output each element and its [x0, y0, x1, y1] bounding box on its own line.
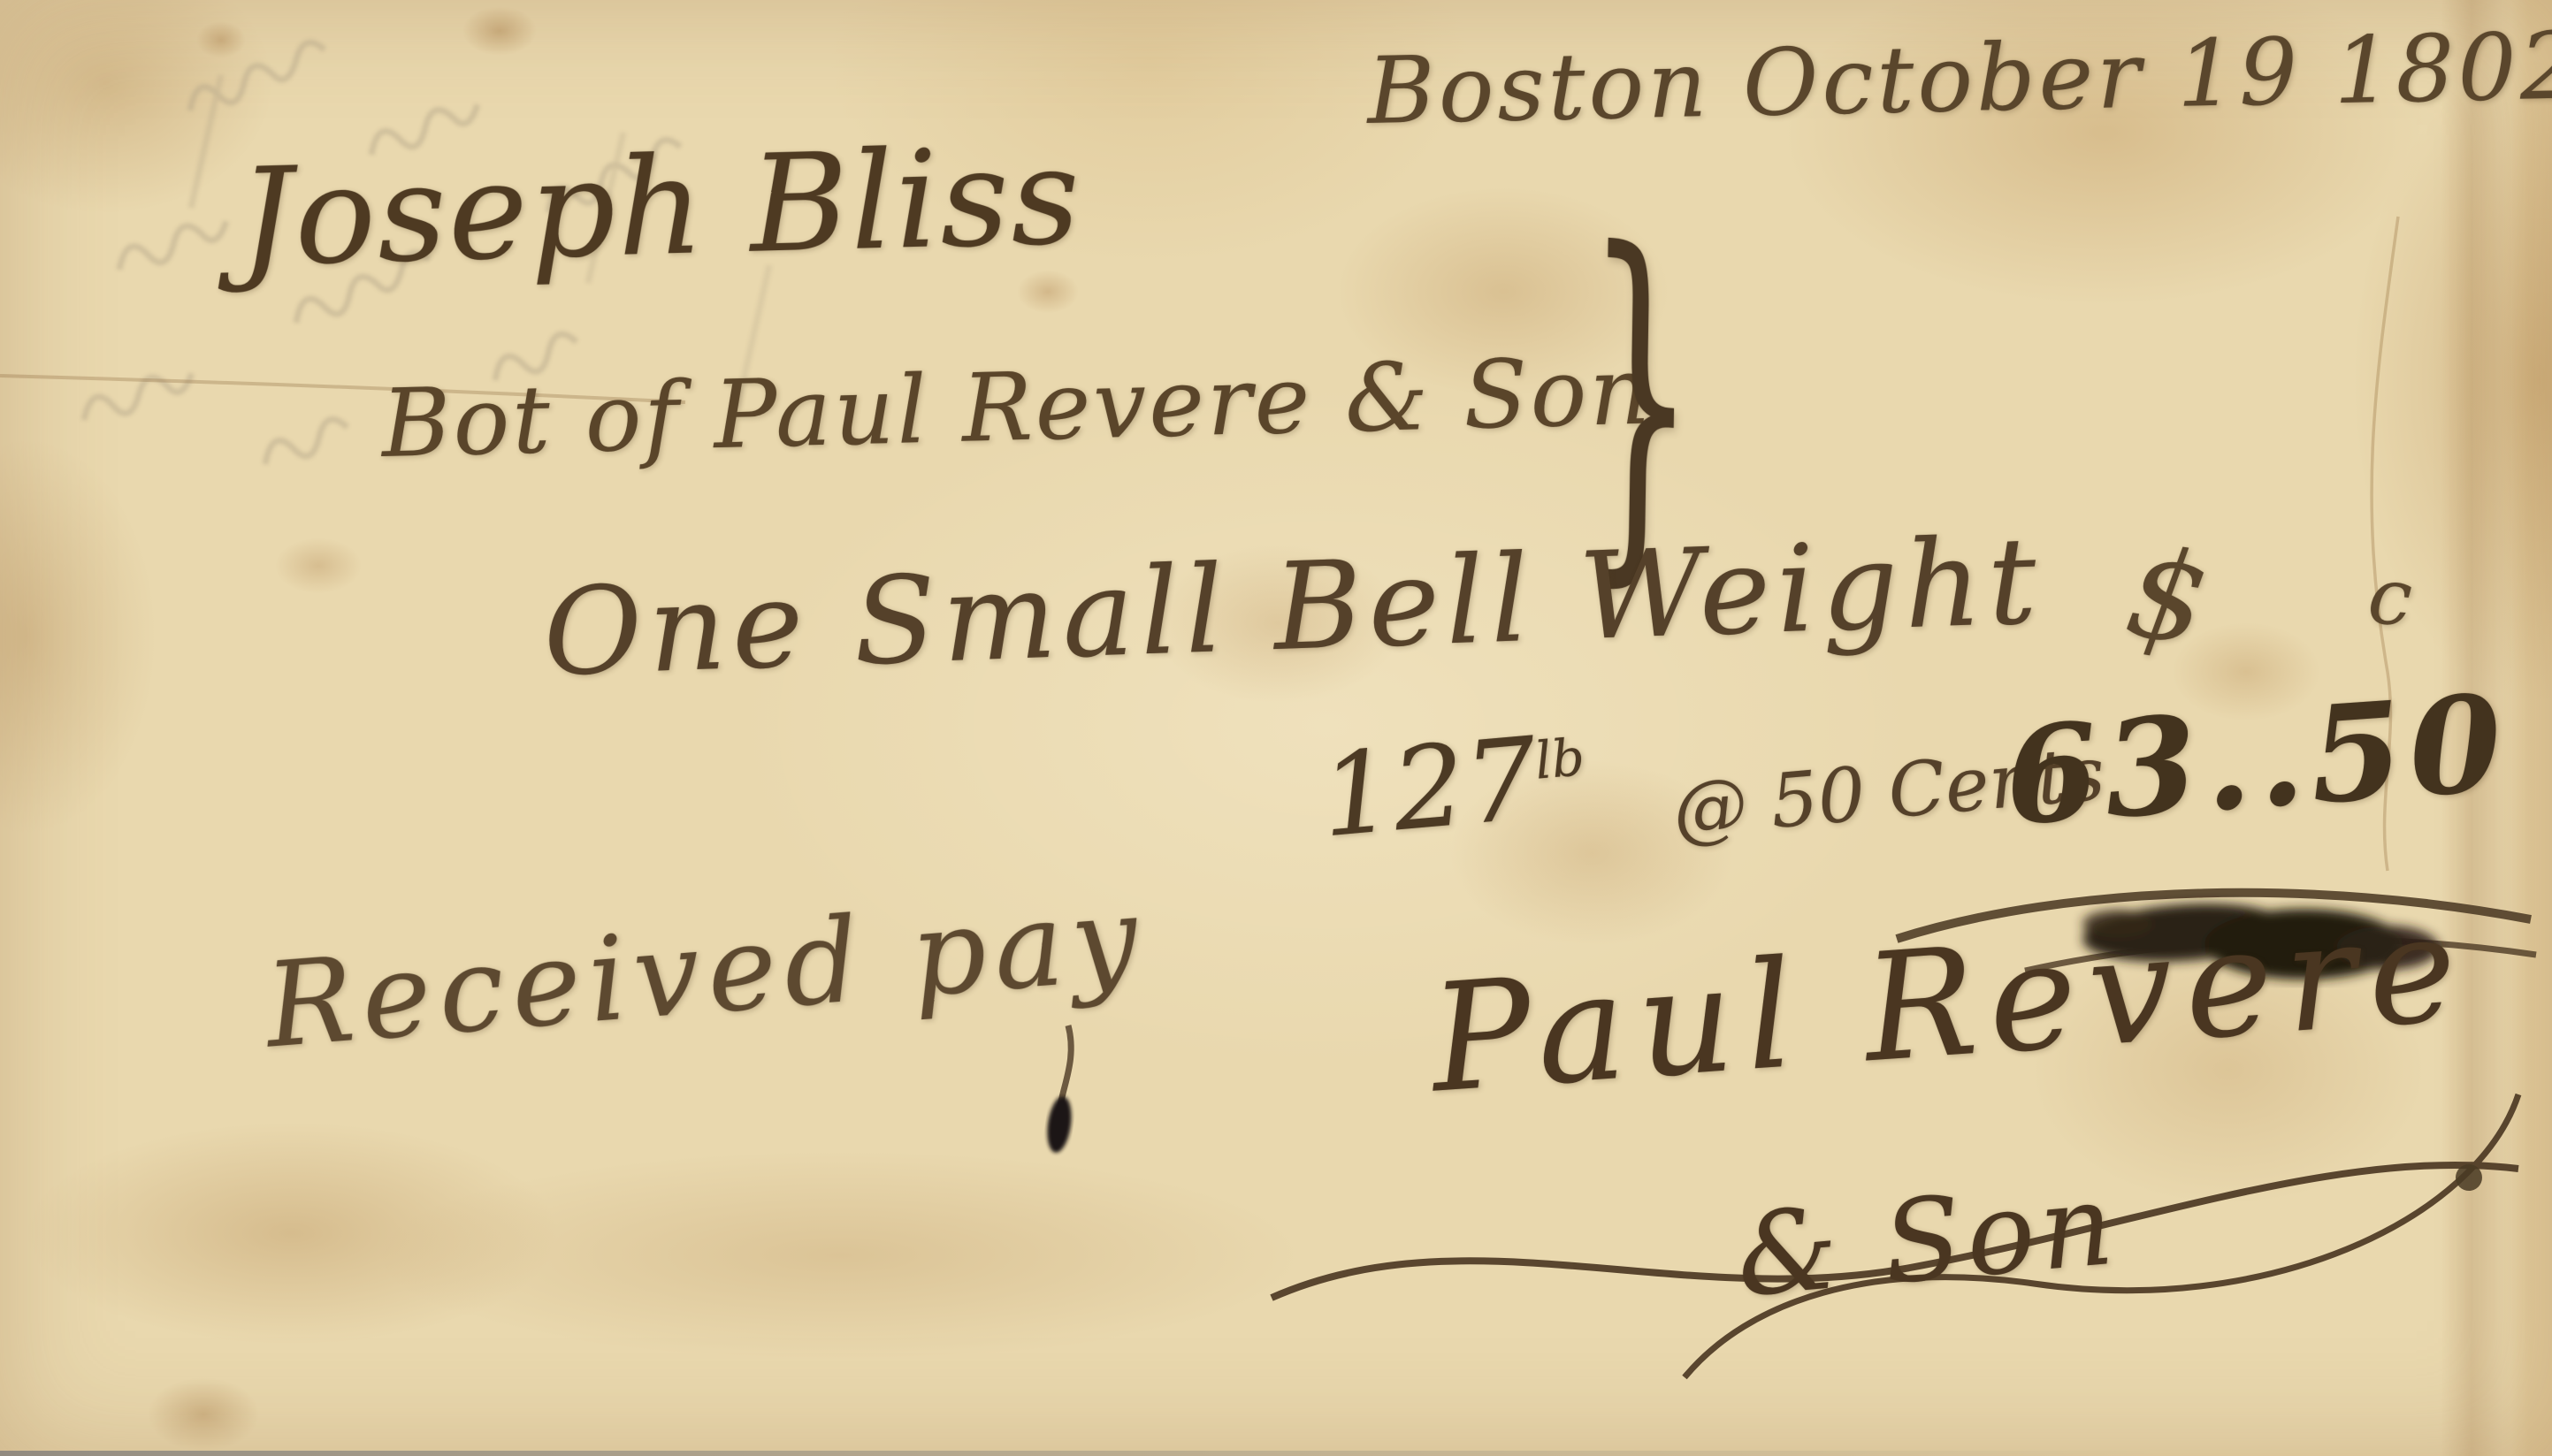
signature-name: Paul Revere — [1425, 880, 2474, 1125]
item-description: One Small Bell Weight — [541, 512, 2044, 704]
seller-line: Bot of Paul Revere & Son — [380, 336, 1654, 478]
weight-value: 127 — [1316, 713, 1542, 864]
photo-edge — [0, 1451, 2552, 1456]
recipient-name: Joseph Bliss — [237, 118, 1083, 296]
dollars-column-symbol: $ — [2118, 520, 2218, 675]
signature-suffix: & Son — [1731, 1158, 2123, 1323]
ink-dot — [1044, 1025, 1075, 1154]
total-amount: 63..50 — [2000, 665, 2514, 855]
weight-line: 127lb — [1316, 709, 1592, 864]
received-line: Received pay — [261, 870, 1150, 1075]
receipt-document: Boston October 19 1802 Joseph Bliss Bot … — [0, 0, 2552, 1456]
weight-unit: lb — [1532, 727, 1586, 791]
cents-column-symbol: c — [2365, 550, 2415, 644]
dateline: Boston October 19 1802 — [1366, 11, 2552, 145]
